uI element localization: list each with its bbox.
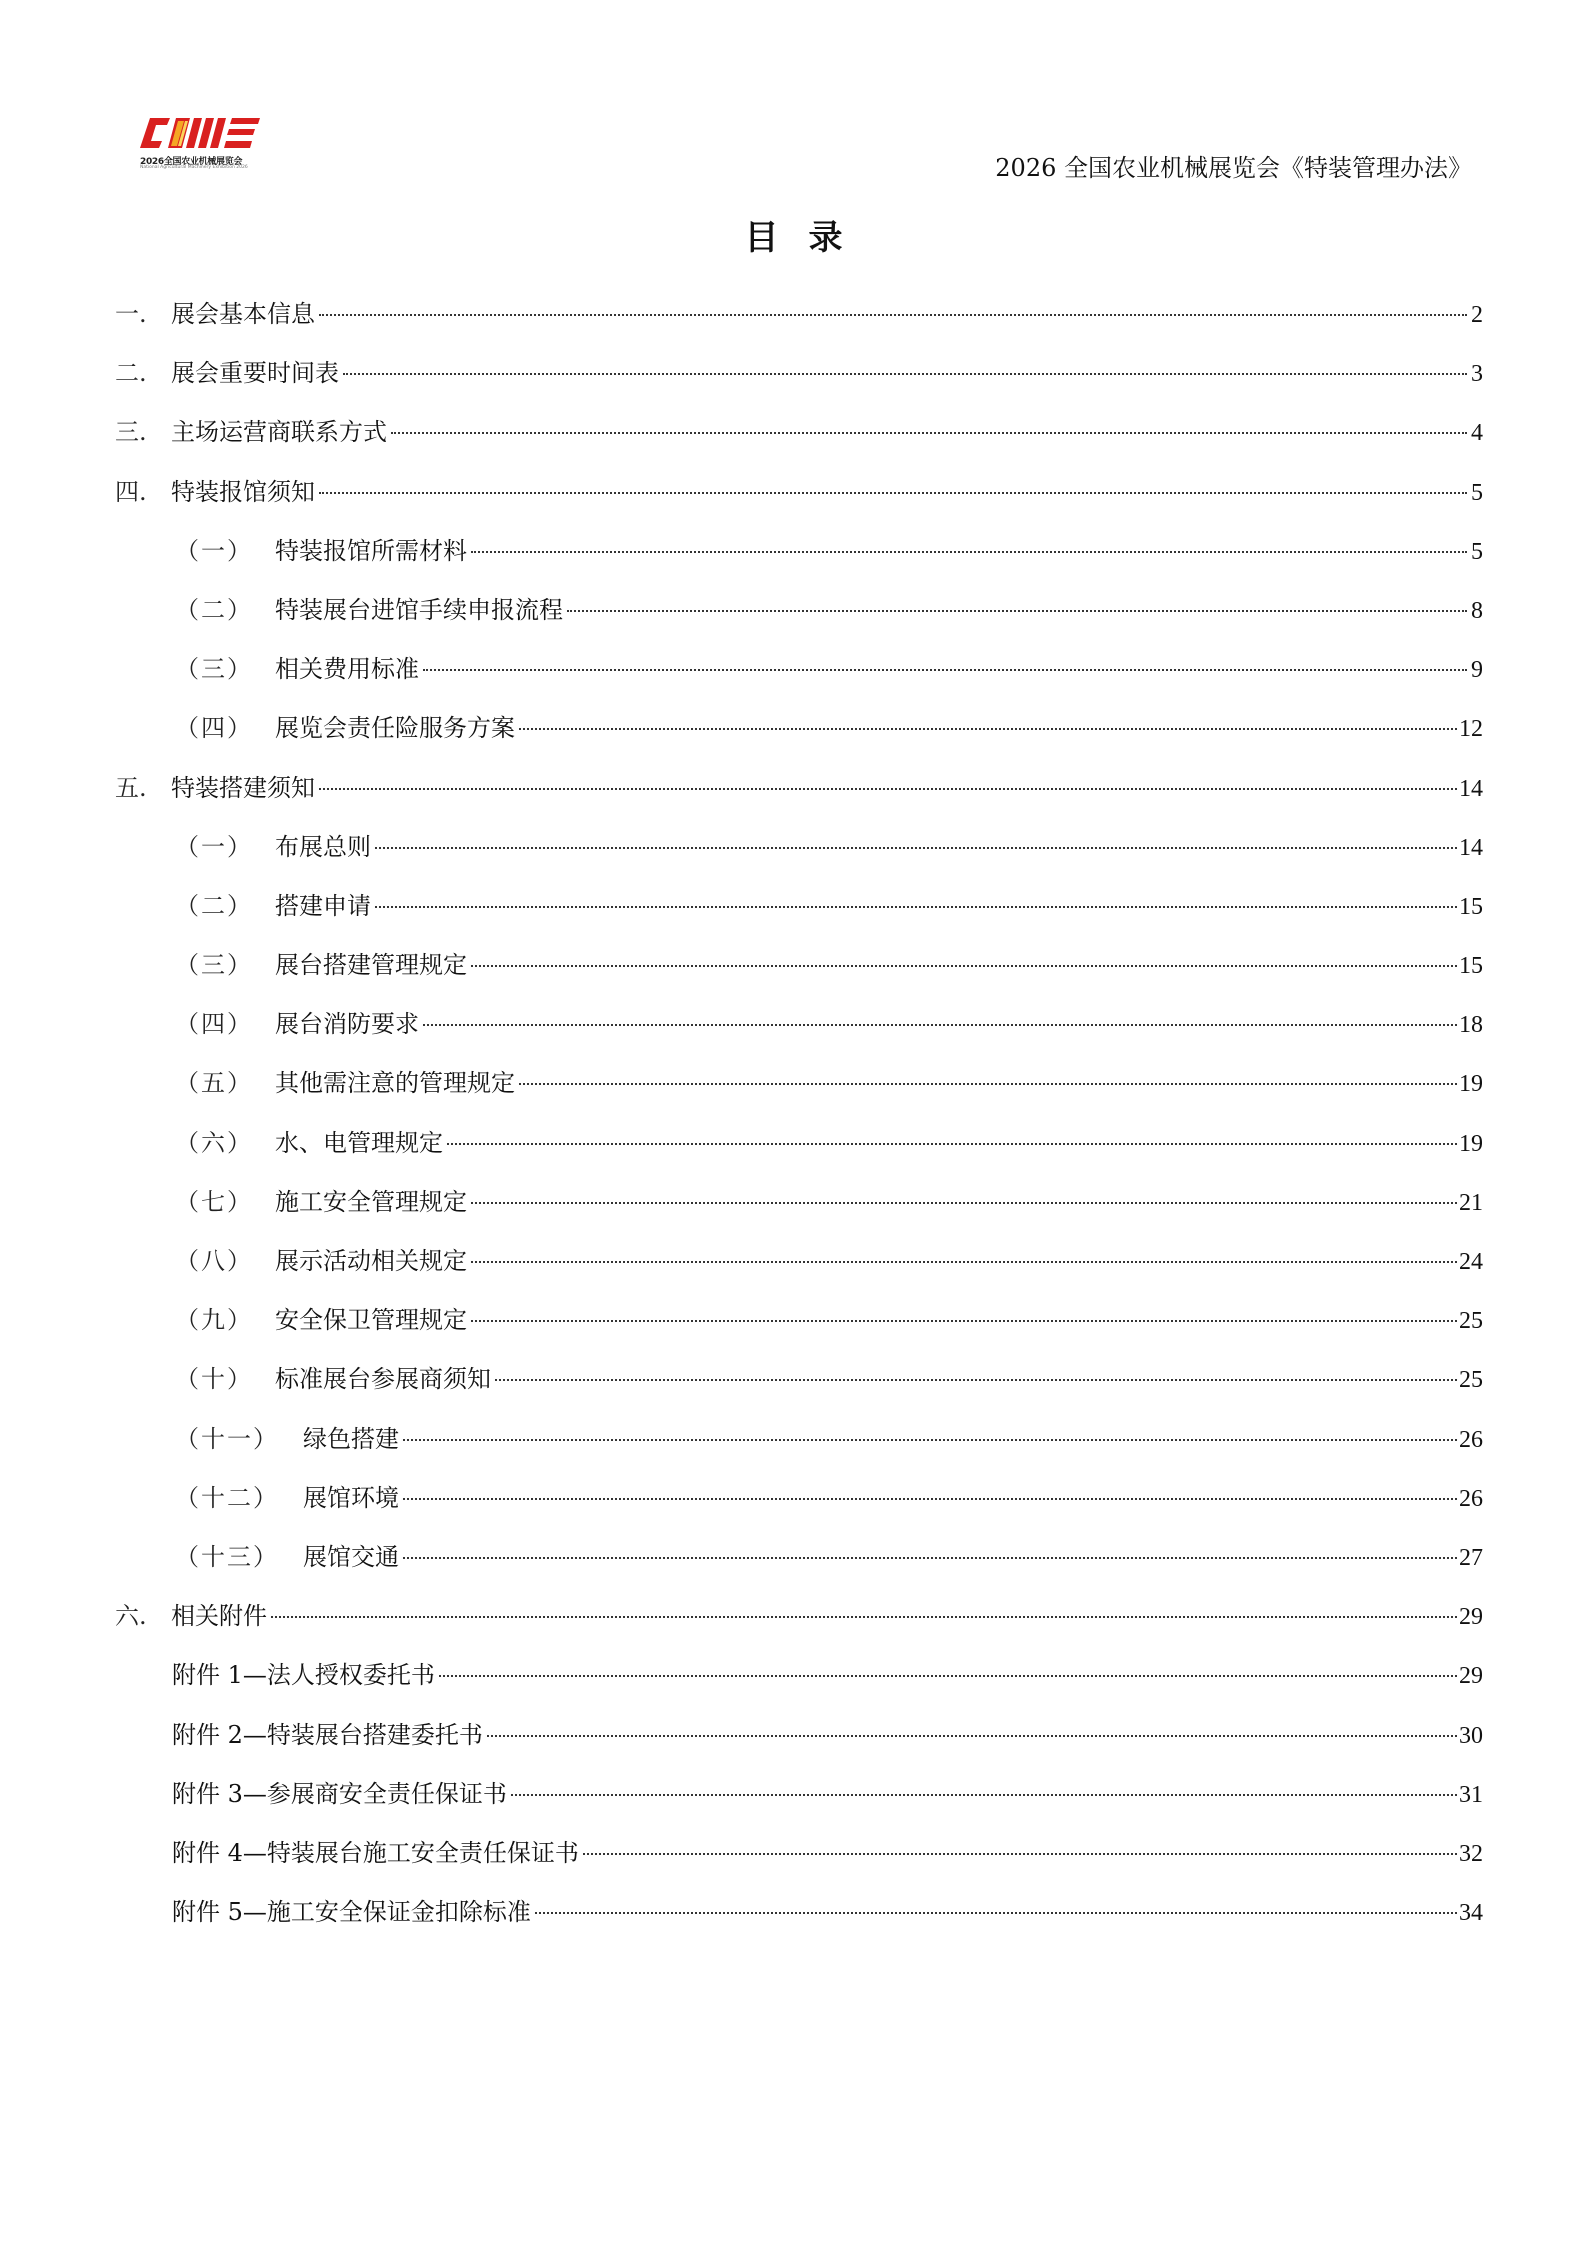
toc-entry-number: （三） [175, 945, 275, 985]
toc-entry-number: 四. [115, 472, 171, 512]
toc-entry-label: 标准展台参展商须知 [275, 1359, 491, 1399]
toc-dot-leader [375, 906, 1457, 908]
toc-entry[interactable]: 附件 1—法人授权委托书 29 [115, 1655, 1483, 1714]
toc-entry-page-number: 34 [1459, 1893, 1483, 1933]
toc-entry[interactable]: （十三） 展馆交通 27 [115, 1537, 1483, 1596]
toc-entry-label: 相关费用标准 [275, 649, 419, 689]
toc-dot-leader [391, 432, 1467, 434]
toc-dot-leader [439, 1675, 1457, 1677]
toc-dot-leader [271, 1616, 1457, 1618]
toc-entry-number: （十一） [175, 1419, 303, 1459]
toc-entry[interactable]: （三） 展台搭建管理规定 15 [115, 945, 1483, 1004]
toc-entry-page-number: 19 [1459, 1064, 1483, 1104]
toc-entry[interactable]: （一） 布展总则 14 [115, 827, 1483, 886]
toc-entry-page-number: 26 [1459, 1479, 1483, 1519]
toc-entry-label: 主场运营商联系方式 [171, 412, 387, 452]
toc-entry-number: （七） [175, 1182, 275, 1222]
toc-entry[interactable]: 附件 5—施工安全保证金扣除标准 34 [115, 1892, 1483, 1951]
toc-entry-label: 绿色搭建 [303, 1419, 399, 1459]
toc-dot-leader [319, 314, 1467, 316]
toc-entry-page-number: 30 [1459, 1716, 1483, 1756]
toc-entry-label: 相关附件 [171, 1596, 267, 1636]
toc-entry-label: 展台搭建管理规定 [275, 945, 467, 985]
toc-entry-label: 展示活动相关规定 [275, 1241, 467, 1281]
toc-entry-number: （十三） [175, 1537, 303, 1577]
toc-entry[interactable]: 六. 相关附件 29 [115, 1596, 1483, 1655]
toc-entry-label: 特装报馆须知 [171, 472, 315, 512]
toc-entry[interactable]: （八） 展示活动相关规定 24 [115, 1241, 1483, 1300]
toc-dot-leader [403, 1557, 1457, 1559]
toc-entry-page-number: 5 [1469, 532, 1483, 572]
toc-entry-page-number: 32 [1459, 1834, 1483, 1874]
toc-dot-leader [487, 1735, 1457, 1737]
toc-entry-number: （二） [175, 590, 275, 630]
toc-dot-leader [319, 788, 1457, 790]
toc-dot-leader [403, 1439, 1457, 1441]
toc-entry[interactable]: （四） 展览会责任险服务方案 12 [115, 708, 1483, 767]
toc-entry-page-number: 9 [1469, 650, 1483, 690]
toc-entry-label: 施工安全管理规定 [275, 1182, 467, 1222]
toc-entry-page-number: 15 [1459, 946, 1483, 986]
toc-entry-page-number: 26 [1459, 1420, 1483, 1460]
toc-entry[interactable]: （六） 水、电管理规定 19 [115, 1123, 1483, 1182]
toc-entry-label: 展台消防要求 [275, 1004, 419, 1044]
toc-entry-number: （六） [175, 1123, 275, 1163]
toc-entry[interactable]: （九） 安全保卫管理规定 25 [115, 1300, 1483, 1359]
toc-entry-label: 布展总则 [275, 827, 371, 867]
toc-entry[interactable]: （十） 标准展台参展商须知 25 [115, 1359, 1483, 1418]
toc-entry-number: 三. [115, 412, 171, 452]
toc-entry[interactable]: （二） 搭建申请 15 [115, 886, 1483, 945]
toc-entry-page-number: 29 [1459, 1656, 1483, 1696]
toc-entry-label: 其他需注意的管理规定 [275, 1063, 515, 1103]
toc-entry-number: （五） [175, 1063, 275, 1103]
toc-entry-label: 展览会责任险服务方案 [275, 708, 515, 748]
toc-entry[interactable]: 一. 展会基本信息 2 [115, 294, 1483, 353]
toc-entry[interactable]: 附件 2—特装展台搭建委托书 30 [115, 1715, 1483, 1774]
toc-entry-label: 展馆环境 [303, 1478, 399, 1518]
toc-entry-number: 一. [115, 294, 171, 334]
toc-entry-page-number: 18 [1459, 1005, 1483, 1045]
toc-entry-number: （一） [175, 827, 275, 867]
toc-dot-leader [495, 1379, 1457, 1381]
toc-entry-label: 附件 3—参展商安全责任保证书 [172, 1774, 507, 1814]
toc-entry-label: 附件 1—法人授权委托书 [172, 1655, 435, 1695]
toc-entry-label: 特装报馆所需材料 [275, 531, 467, 571]
toc-entry-page-number: 4 [1469, 413, 1483, 453]
toc-entry-label: 展会重要时间表 [171, 353, 339, 393]
toc-entry[interactable]: （二） 特装展台进馆手续申报流程 8 [115, 590, 1483, 649]
toc-entry-label: 展会基本信息 [171, 294, 315, 334]
toc-entry-number: 五. [115, 768, 171, 808]
toc-entry-number: 二. [115, 353, 171, 393]
toc-dot-leader [567, 610, 1467, 612]
toc-entry-page-number: 25 [1459, 1301, 1483, 1341]
toc-entry[interactable]: 附件 3—参展商安全责任保证书 31 [115, 1774, 1483, 1833]
toc-dot-leader [535, 1912, 1457, 1914]
toc-entry[interactable]: （七） 施工安全管理规定 21 [115, 1182, 1483, 1241]
toc-entry-number: （三） [175, 649, 275, 689]
toc-entry-page-number: 15 [1459, 887, 1483, 927]
toc-entry-page-number: 29 [1459, 1597, 1483, 1637]
toc-entry-page-number: 12 [1459, 709, 1483, 749]
toc-entry-page-number: 3 [1469, 354, 1483, 394]
toc-entry-number: （八） [175, 1241, 275, 1281]
toc-entry-page-number: 21 [1459, 1183, 1483, 1223]
toc-entry-page-number: 2 [1469, 295, 1483, 335]
toc-entry[interactable]: 三. 主场运营商联系方式 4 [115, 412, 1483, 471]
toc-entry-number: （十） [175, 1359, 275, 1399]
document-header-title: 2026 全国农业机械展览会《特装管理办法》 [995, 148, 1472, 183]
toc-entry[interactable]: （一） 特装报馆所需材料 5 [115, 531, 1483, 590]
logo-english-text: National Agricultural Machinery Exhibiti… [140, 165, 248, 170]
toc-heading: 目录 [0, 210, 1587, 259]
toc-entry-label: 附件 5—施工安全保证金扣除标准 [172, 1892, 531, 1932]
toc-entry-page-number: 5 [1469, 473, 1483, 513]
toc-entry-number: 六. [115, 1596, 171, 1636]
toc-entry[interactable]: （三） 相关费用标准 9 [115, 649, 1483, 708]
toc-dot-leader [343, 373, 1467, 375]
toc-dot-leader [471, 965, 1457, 967]
toc-entry-page-number: 14 [1459, 769, 1483, 809]
toc-entry-number: （二） [175, 886, 275, 926]
toc-entry-label: 水、电管理规定 [275, 1123, 443, 1163]
toc-entry-label: 安全保卫管理规定 [275, 1300, 467, 1340]
toc-dot-leader [447, 1143, 1457, 1145]
toc-dot-leader [471, 1261, 1457, 1263]
toc-entry-number: （九） [175, 1300, 275, 1340]
toc-entry[interactable]: 五. 特装搭建须知 14 [115, 768, 1483, 827]
toc-entry-page-number: 24 [1459, 1242, 1483, 1282]
toc-dot-leader [583, 1853, 1457, 1855]
toc-entry-number: （四） [175, 708, 275, 748]
toc-dot-leader [471, 1320, 1457, 1322]
toc-entry[interactable]: （五） 其他需注意的管理规定 19 [115, 1063, 1483, 1122]
toc-entry-page-number: 19 [1459, 1124, 1483, 1164]
exhibition-logo: 2026全国农业机械展览会 National Agricultural Mach… [140, 116, 260, 172]
toc-entry[interactable]: 四. 特装报馆须知 5 [115, 472, 1483, 531]
toc-entry-label: 特装展台进馆手续申报流程 [275, 590, 563, 630]
toc-dot-leader [519, 1083, 1457, 1085]
toc-dot-leader [375, 847, 1457, 849]
toc-dot-leader [471, 1202, 1457, 1204]
toc-entry-page-number: 8 [1469, 591, 1483, 631]
toc-entry[interactable]: （四） 展台消防要求 18 [115, 1004, 1483, 1063]
toc-dot-leader [471, 551, 1467, 553]
toc-entry-page-number: 25 [1459, 1360, 1483, 1400]
toc-entry-label: 附件 2—特装展台搭建委托书 [172, 1715, 483, 1755]
toc-entry-label: 搭建申请 [275, 886, 371, 926]
toc-dot-leader [423, 1024, 1457, 1026]
toc-entry[interactable]: 二. 展会重要时间表 3 [115, 353, 1483, 412]
toc-entry-number: （一） [175, 531, 275, 571]
toc-entry[interactable]: （十二） 展馆环境 26 [115, 1478, 1483, 1537]
toc-dot-leader [519, 728, 1457, 730]
toc-entry-page-number: 14 [1459, 828, 1483, 868]
toc-entry[interactable]: 附件 4—特装展台施工安全责任保证书 32 [115, 1833, 1483, 1892]
toc-entry-page-number: 27 [1459, 1538, 1483, 1578]
toc-dot-leader [403, 1498, 1457, 1500]
toc-entry-label: 特装搭建须知 [171, 768, 315, 808]
toc-entry-label: 展馆交通 [303, 1537, 399, 1577]
toc-dot-leader [511, 1794, 1457, 1796]
toc-entry-number: （四） [175, 1004, 275, 1044]
came-logo-mark-icon [140, 116, 260, 150]
toc-entry[interactable]: （十一） 绿色搭建 26 [115, 1419, 1483, 1478]
toc-entry-page-number: 31 [1459, 1775, 1483, 1815]
toc-entry-label: 附件 4—特装展台施工安全责任保证书 [172, 1833, 579, 1873]
table-of-contents: 一. 展会基本信息 2 二. 展会重要时间表 3 三. 主场运营商联系方式 4 … [115, 294, 1483, 1951]
toc-dot-leader [319, 492, 1467, 494]
toc-dot-leader [423, 669, 1467, 671]
toc-entry-number: （十二） [175, 1478, 303, 1518]
